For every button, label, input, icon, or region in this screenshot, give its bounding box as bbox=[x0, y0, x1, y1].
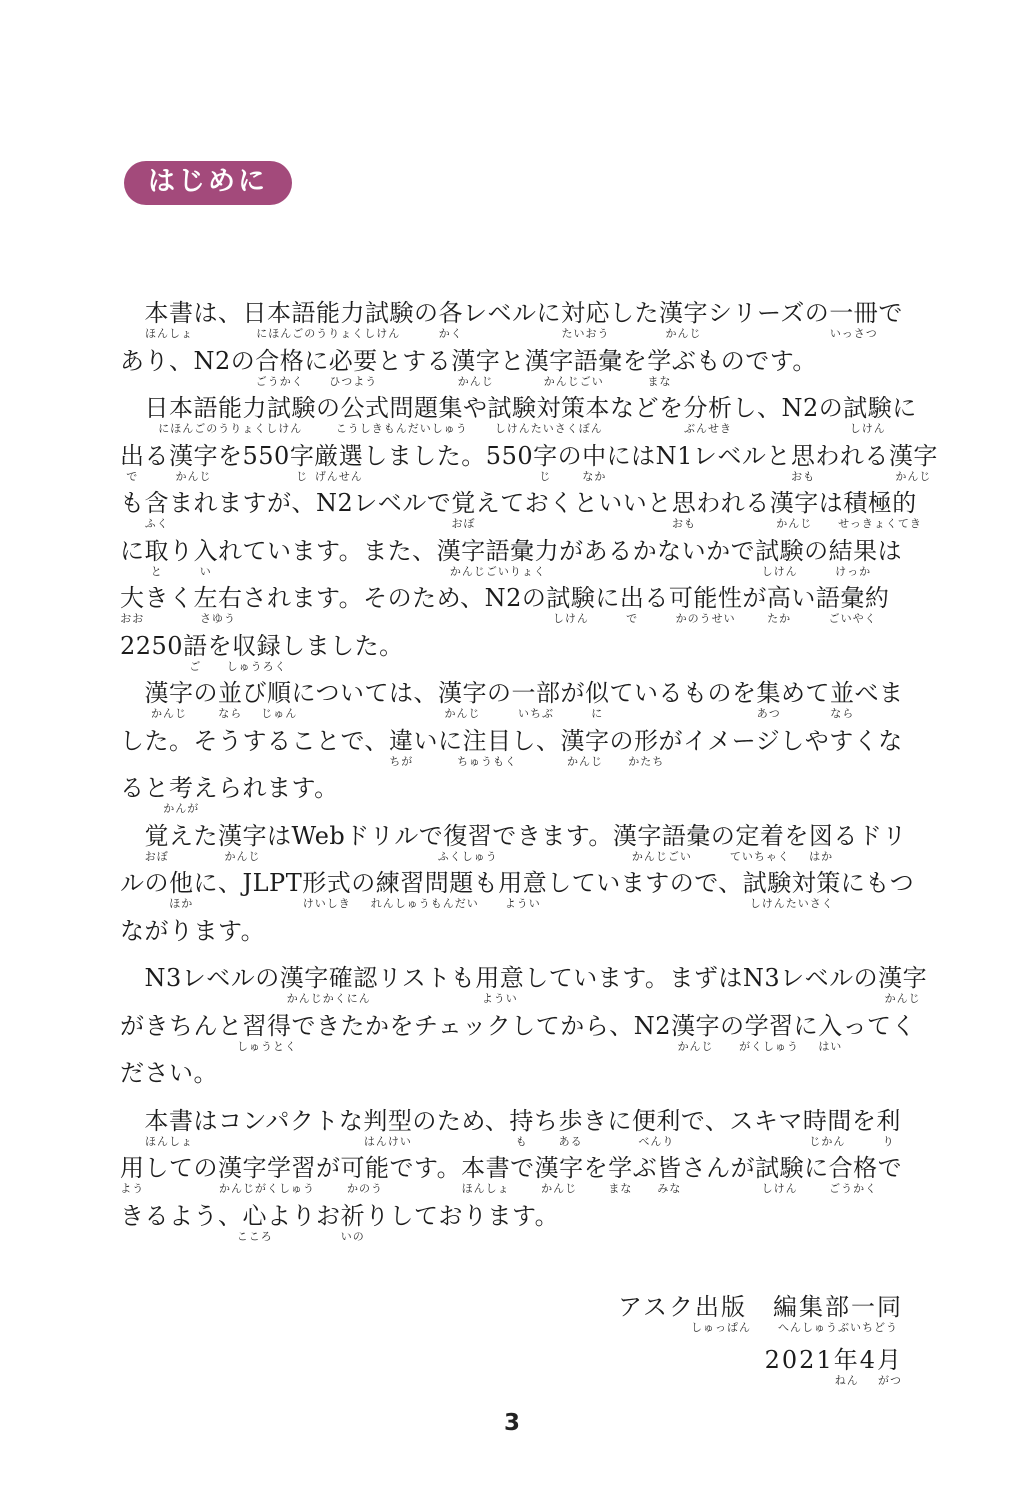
furigana: まな bbox=[648, 376, 672, 387]
text-line: きるよう、心こころよりお祈いのりしております。 bbox=[120, 1200, 910, 1248]
text-segment: 図はか bbox=[809, 820, 834, 852]
furigana: かんじごい bbox=[544, 376, 604, 387]
base-text: しての bbox=[145, 1154, 219, 1182]
text-segment: 似に bbox=[585, 677, 610, 709]
base-text: ながります。 bbox=[120, 917, 265, 945]
furigana: おも bbox=[791, 471, 815, 482]
text-segment: 高たか bbox=[767, 582, 792, 614]
base-text: りしております。 bbox=[365, 1202, 559, 1230]
text-segment: に bbox=[804, 1152, 829, 1184]
text-segment: 他ほか bbox=[169, 867, 194, 899]
base-text: に bbox=[120, 537, 145, 565]
furigana: ようい bbox=[505, 898, 541, 909]
text-line: ながります。 bbox=[120, 915, 910, 963]
base-text: 形式 bbox=[302, 869, 351, 897]
furigana: へんしゅうぶいちどう bbox=[778, 1322, 898, 1333]
text-segment: いに bbox=[414, 725, 463, 757]
furigana: じ bbox=[296, 471, 308, 482]
text-segment: の bbox=[720, 1010, 745, 1042]
text-segment: 時間じかん bbox=[803, 1105, 852, 1137]
furigana: かんが bbox=[163, 803, 199, 814]
base-text: ださい。 bbox=[120, 1059, 218, 1087]
text-segment: 試験しけん bbox=[546, 582, 595, 614]
text-segment: の bbox=[804, 535, 829, 567]
text-segment: ぶ bbox=[633, 1152, 658, 1184]
text-segment: で bbox=[878, 1152, 903, 1184]
text-segment: 覚おぼ bbox=[451, 487, 476, 519]
base-text: えておくといいと bbox=[476, 489, 672, 517]
base-text: 漢字 bbox=[438, 679, 487, 707]
text-segment: に bbox=[595, 582, 620, 614]
text-line: がきちんと習得しゅうとくできたかをチェックしてから、N2漢字かんじの学習がくしゅ… bbox=[120, 1010, 910, 1058]
base-text: 収録 bbox=[232, 632, 281, 660]
base-text: ているものを bbox=[610, 679, 757, 707]
text-segment: 習得しゅうとく bbox=[243, 1010, 292, 1042]
furigana: なか bbox=[582, 471, 606, 482]
text-segment: の bbox=[487, 677, 512, 709]
text-segment: も bbox=[474, 867, 499, 899]
base-text: 利 bbox=[876, 1107, 901, 1135]
base-text: を bbox=[584, 1154, 609, 1182]
base-text: がきちんと bbox=[120, 1012, 243, 1040]
text-segment: で bbox=[510, 1152, 535, 1184]
furigana: けっか bbox=[835, 566, 871, 577]
base-text: 漢字 bbox=[561, 727, 610, 755]
text-segment: 出で bbox=[120, 440, 145, 472]
text-segment: 持も bbox=[509, 1105, 534, 1137]
base-text: を bbox=[784, 822, 809, 850]
base-text: 漢字 bbox=[659, 299, 708, 327]
base-text: 判型 bbox=[363, 1107, 412, 1135]
base-text: 並 bbox=[830, 679, 855, 707]
base-text: 中 bbox=[582, 442, 607, 470]
text-segment: 一冊いっさつ bbox=[829, 297, 878, 329]
base-text: 便利 bbox=[632, 1107, 681, 1135]
base-text: が bbox=[316, 1154, 341, 1182]
base-text: 用 bbox=[120, 1154, 145, 1182]
base-text: アスク bbox=[618, 1293, 695, 1321]
base-text: 習得 bbox=[243, 1012, 292, 1040]
text-segment: きに bbox=[583, 1105, 632, 1137]
text-segment: 漢字かんじ bbox=[878, 962, 927, 994]
text-segment: 集あつ bbox=[757, 677, 782, 709]
text-segment: まれますが、N2レベルで bbox=[169, 487, 451, 519]
base-text: の bbox=[316, 394, 341, 422]
furigana: おも bbox=[672, 518, 696, 529]
text-line: ルの他ほかに、JLPT形式けいしきの練習問題れんしゅうもんだいも用意よういしてい… bbox=[120, 867, 910, 915]
base-text: 違 bbox=[389, 727, 414, 755]
text-segment: しています。まずはN3レベルの bbox=[524, 962, 878, 994]
furigana: たか bbox=[767, 613, 791, 624]
text-segment: 合格ごうかく bbox=[829, 1152, 878, 1184]
base-text: ち bbox=[534, 1107, 559, 1135]
text-segment: の bbox=[558, 440, 583, 472]
text-segment: ださい。 bbox=[120, 1057, 218, 1089]
base-text: も bbox=[120, 489, 145, 517]
base-text: よりお bbox=[267, 1202, 341, 1230]
text-segment: 中なか bbox=[582, 440, 607, 472]
furigana: ようい bbox=[482, 993, 518, 1004]
text-segment: 漢字学習かんじがくしゅう bbox=[218, 1152, 316, 1184]
base-text: 漢字 bbox=[770, 489, 819, 517]
furigana: おお bbox=[120, 613, 144, 624]
furigana: しけん bbox=[762, 1183, 798, 1194]
base-text: 年 bbox=[834, 1346, 860, 1374]
base-text: で bbox=[510, 1154, 535, 1182]
text-line: した。そうすることで、違ちがいに注目ちゅうもくし、漢字かんじの形かたちがイメージ… bbox=[120, 725, 910, 773]
base-text: 試験 bbox=[755, 1154, 804, 1182]
furigana: じかん bbox=[809, 1136, 845, 1147]
text-segment: 出版しゅっぱん bbox=[695, 1291, 747, 1323]
text-segment: を bbox=[584, 1152, 609, 1184]
base-text: 覚 bbox=[451, 489, 476, 517]
base-text: 出版 bbox=[695, 1293, 747, 1321]
text-segment: 漢字かんじ bbox=[169, 440, 218, 472]
base-text: とする bbox=[378, 347, 452, 375]
text-segment: 日本語能力試験にほんごのうりょくしけん bbox=[145, 392, 317, 424]
base-text: 漢字 bbox=[451, 347, 500, 375]
text-segment: の bbox=[711, 820, 736, 852]
base-text: 漢字 bbox=[889, 442, 938, 470]
base-text: ぶ bbox=[633, 1154, 658, 1182]
text-segment: で bbox=[878, 297, 903, 329]
text-segment: 一部いちぶ bbox=[512, 677, 561, 709]
text-segment: で、スキマ bbox=[681, 1105, 803, 1137]
text-segment: を bbox=[623, 345, 648, 377]
base-text: 順 bbox=[267, 679, 292, 707]
text-segment: よりお bbox=[267, 1200, 341, 1232]
base-text: 学 bbox=[647, 347, 672, 375]
text-segment: があるかないかで bbox=[559, 535, 755, 567]
text-segment: レベルに bbox=[463, 297, 561, 329]
base-text: 漢字 bbox=[145, 679, 194, 707]
furigana: ごうかく bbox=[256, 376, 304, 387]
base-text: を bbox=[623, 347, 648, 375]
furigana: かんじがくしゅう bbox=[219, 1183, 315, 1194]
base-text: で、スキマ bbox=[681, 1107, 803, 1135]
text-segment: アスク bbox=[618, 1291, 695, 1323]
text-line: に取とり入いれています。また、漢字語彙力かんじごいりょくがあるかないかで試験しけ… bbox=[120, 535, 910, 583]
text-line: 2021年ねん4月がつ bbox=[618, 1344, 903, 1397]
base-text: 本書 bbox=[145, 1107, 194, 1135]
text-segment: を550 bbox=[218, 440, 290, 472]
furigana: じ bbox=[539, 471, 551, 482]
furigana: かく bbox=[439, 328, 463, 339]
text-segment: が bbox=[742, 582, 767, 614]
text-segment: を bbox=[852, 1105, 877, 1137]
text-line: 大おおきく左右さゆうされます。そのため、N2の試験しけんに出でる可能性かのうせい… bbox=[120, 582, 910, 630]
text-segment: ぶものです。 bbox=[672, 345, 817, 377]
base-text: 皆 bbox=[657, 1154, 682, 1182]
text-line: ると考かんがえられます。 bbox=[120, 772, 910, 820]
furigana: さゆう bbox=[200, 613, 236, 624]
base-text: 持 bbox=[509, 1107, 534, 1135]
base-text: に bbox=[304, 347, 329, 375]
text-segment: れています。また、 bbox=[218, 535, 437, 567]
base-text: などを bbox=[610, 394, 684, 422]
furigana: も bbox=[516, 1136, 528, 1147]
base-text: も bbox=[474, 869, 499, 897]
furigana: ごいやく bbox=[829, 613, 877, 624]
text-segment: はWebドリルで bbox=[267, 820, 443, 852]
base-text: い bbox=[791, 584, 816, 612]
base-text: は bbox=[878, 537, 903, 565]
furigana: こうしきもんだいしゅう bbox=[336, 423, 468, 434]
text-segment: えられます。 bbox=[194, 772, 339, 804]
base-text: に、JLPT bbox=[194, 869, 303, 897]
text-line: N3レベルの漢字確認かんじかくにんリストも用意よういしています。まずはN3レベル… bbox=[120, 962, 910, 1010]
base-text: 漢字 bbox=[218, 822, 267, 850]
base-text: 試験 bbox=[843, 394, 892, 422]
text-segment: リストも bbox=[378, 962, 476, 994]
furigana: ぶんせき bbox=[684, 423, 732, 434]
base-text: 漢字語彙 bbox=[613, 822, 711, 850]
text-segment: 収録しゅうろく bbox=[232, 630, 281, 662]
furigana: しゅうろく bbox=[227, 661, 287, 672]
text-segment: の bbox=[610, 725, 635, 757]
text-segment: えた bbox=[169, 820, 218, 852]
base-text: 合格 bbox=[255, 347, 304, 375]
base-text: の bbox=[711, 822, 736, 850]
furigana: れんしゅうもんだい bbox=[371, 898, 479, 909]
base-text: 結果 bbox=[829, 537, 878, 565]
furigana: げんせん bbox=[315, 471, 363, 482]
text-segment: 漢字語彙力かんじごいりょく bbox=[437, 535, 560, 567]
base-text: については、 bbox=[292, 679, 439, 707]
text-segment: ルの bbox=[120, 867, 169, 899]
text-segment: 試験しけん bbox=[843, 392, 892, 424]
base-text: 入 bbox=[194, 537, 219, 565]
base-text: 覚 bbox=[145, 822, 170, 850]
text-segment: 漢字語彙かんじごい bbox=[525, 345, 623, 377]
base-text: び bbox=[243, 679, 268, 707]
base-text: 練習問題 bbox=[376, 869, 474, 897]
base-text: しました。 bbox=[281, 632, 404, 660]
text-segment: 結果けっか bbox=[829, 535, 878, 567]
base-text: きく bbox=[145, 584, 194, 612]
furigana: かんじ bbox=[776, 518, 812, 529]
furigana: い bbox=[200, 566, 212, 577]
base-text: にもつ bbox=[841, 869, 915, 897]
text-segment: 日本語能力試験にほんごのうりょくしけん bbox=[243, 297, 415, 329]
base-text: 公式問題集 bbox=[341, 394, 464, 422]
text-segment: などを bbox=[610, 392, 684, 424]
text-segment: されます。そのため、N2の bbox=[243, 582, 547, 614]
text-segment: N3レベルの bbox=[120, 962, 280, 994]
text-segment: び bbox=[243, 677, 268, 709]
text-segment: 字じ bbox=[533, 440, 558, 472]
base-text: 含 bbox=[145, 489, 170, 517]
text-segment bbox=[120, 392, 145, 424]
text-segment: 注目ちゅうもく bbox=[463, 725, 512, 757]
base-text: えた bbox=[169, 822, 218, 850]
base-text: 対応 bbox=[561, 299, 610, 327]
text-segment: 形式けいしき bbox=[302, 867, 351, 899]
base-text: の bbox=[194, 679, 219, 707]
base-text: に bbox=[892, 394, 917, 422]
furigana: けいしき bbox=[303, 898, 351, 909]
text-segment: は bbox=[819, 487, 844, 519]
furigana: しけん bbox=[553, 613, 589, 624]
section-heading-badge: はじめに bbox=[124, 161, 292, 205]
furigana: しけんたいさく bbox=[750, 898, 834, 909]
furigana: まな bbox=[608, 1183, 632, 1194]
furigana: かんじ bbox=[885, 993, 921, 1004]
text-segment: が bbox=[316, 1152, 341, 1184]
text-segment: 漢字かんじ bbox=[535, 1152, 584, 1184]
base-text: 月 bbox=[877, 1346, 903, 1374]
text-segment: 並なら bbox=[830, 677, 855, 709]
text-segment: 便利べんり bbox=[632, 1105, 681, 1137]
base-text: は bbox=[819, 489, 844, 517]
base-text: 心 bbox=[243, 1202, 268, 1230]
text-segment: 各かく bbox=[439, 297, 464, 329]
text-segment: がきちんと bbox=[120, 1010, 243, 1042]
base-text: はコンパクトな bbox=[194, 1107, 364, 1135]
base-text: し、 bbox=[512, 727, 561, 755]
furigana: しけん bbox=[762, 566, 798, 577]
base-text: きるよう、 bbox=[120, 1202, 243, 1230]
signature-block: アスク出版しゅっぱん 編集部一同へんしゅうぶいちどう2021年ねん4月がつ bbox=[618, 1291, 903, 1397]
furigana: がつ bbox=[878, 1375, 902, 1386]
text-segment: べま bbox=[855, 677, 904, 709]
base-text: る bbox=[145, 442, 170, 470]
base-text: を bbox=[208, 632, 233, 660]
text-segment: できたかをチェックしてから、N2 bbox=[292, 1010, 672, 1042]
furigana: しゅうとく bbox=[237, 1041, 297, 1052]
base-text: 漢字語彙力 bbox=[437, 537, 560, 565]
text-segment: ているものを bbox=[610, 677, 757, 709]
furigana: いっさつ bbox=[830, 328, 878, 339]
base-text: が bbox=[742, 584, 767, 612]
base-text: や bbox=[463, 394, 488, 422]
furigana: ほか bbox=[169, 898, 193, 909]
text-segment: です。 bbox=[390, 1152, 462, 1184]
base-text: 出 bbox=[120, 442, 145, 470]
text-line: 本書ほんしょはコンパクトな判型はんけいのため、持もち歩あるきに便利べんりで、スキ… bbox=[120, 1105, 910, 1153]
text-segment: 定着ていちゃく bbox=[735, 820, 784, 852]
base-text bbox=[120, 822, 145, 850]
base-text: しました。550 bbox=[363, 442, 533, 470]
furigana: にほんごのうりょくしけん bbox=[256, 328, 400, 339]
furigana: に bbox=[591, 708, 603, 719]
base-text: 高 bbox=[767, 584, 792, 612]
furigana: り bbox=[883, 1136, 895, 1147]
furigana: ある bbox=[559, 1136, 583, 1147]
text-segment: も bbox=[120, 487, 145, 519]
text-segment: われる bbox=[696, 487, 770, 519]
base-text: 試験 bbox=[755, 537, 804, 565]
base-text: 漢字 bbox=[878, 964, 927, 992]
text-segment: 可能性かのうせい bbox=[669, 582, 743, 614]
furigana: かんじごい bbox=[632, 851, 692, 862]
base-text: 入 bbox=[818, 1012, 843, 1040]
text-segment: を bbox=[784, 820, 809, 852]
furigana: しけんたいさくぼん bbox=[495, 423, 603, 434]
text-line: 出でる漢字かんじを550字じ厳選げんせんしました。550字じの中なかにはN1レベ… bbox=[120, 440, 910, 488]
base-text: えられます。 bbox=[194, 774, 339, 802]
text-segment: ち bbox=[534, 1105, 559, 1137]
base-text: 字 bbox=[533, 442, 558, 470]
base-text: 可能性 bbox=[669, 584, 743, 612]
text-segment bbox=[120, 820, 145, 852]
base-text bbox=[120, 1107, 145, 1135]
furigana: にほんごのうりょくしけん bbox=[158, 423, 302, 434]
base-text: るドリ bbox=[833, 822, 907, 850]
text-segment: 漢字かんじ bbox=[659, 297, 708, 329]
page-number: 3 bbox=[0, 1410, 1024, 1436]
text-segment: 歩ある bbox=[558, 1105, 583, 1137]
text-segment: に bbox=[304, 345, 329, 377]
text-segment: できます。 bbox=[492, 820, 613, 852]
furigana: べんり bbox=[638, 1136, 674, 1147]
text-segment: り bbox=[169, 535, 194, 567]
text-segment: 漢字かんじ bbox=[671, 1010, 720, 1042]
base-text: 分析 bbox=[684, 394, 733, 422]
base-text: できたかをチェックしてから、N2 bbox=[292, 1012, 672, 1040]
base-text: 左右 bbox=[194, 584, 243, 612]
base-text: ってく bbox=[843, 1012, 917, 1040]
text-segment: 出で bbox=[620, 582, 645, 614]
base-text: 編集部一同 bbox=[773, 1293, 903, 1321]
base-text: シリーズの bbox=[708, 299, 829, 327]
text-segment: 可能かのう bbox=[341, 1152, 390, 1184]
base-text: の bbox=[720, 1012, 745, 1040]
furigana: しゅっぱん bbox=[691, 1322, 751, 1333]
text-segment: はコンパクトな bbox=[194, 1105, 364, 1137]
text-segment: や bbox=[463, 392, 488, 424]
furigana: かたち bbox=[628, 756, 664, 767]
base-text: の bbox=[558, 442, 583, 470]
base-text: はWebドリルで bbox=[267, 822, 443, 850]
base-text: 出 bbox=[620, 584, 645, 612]
furigana: かんじかくにん bbox=[287, 993, 371, 1004]
furigana: あつ bbox=[757, 708, 781, 719]
furigana: ふくしゅう bbox=[438, 851, 498, 862]
furigana: たいおう bbox=[562, 328, 610, 339]
base-text: の bbox=[804, 537, 829, 565]
text-segment: ると bbox=[120, 772, 169, 804]
text-segment: とする bbox=[378, 345, 452, 377]
text-line: 日本語能力試験にほんごのうりょくしけんの公式問題集こうしきもんだいしゅうや試験対… bbox=[120, 392, 910, 440]
text-segment: 取と bbox=[145, 535, 170, 567]
base-text: 可能 bbox=[341, 1154, 390, 1182]
text-segment: 覚おぼ bbox=[145, 820, 170, 852]
base-text: に bbox=[804, 1154, 829, 1182]
base-text: 学習 bbox=[745, 1012, 794, 1040]
base-text: 他 bbox=[169, 869, 194, 897]
text-segment: 入い bbox=[194, 535, 219, 567]
text-line: も含ふくまれますが、N2レベルで覚おぼえておくといいと思おもわれる漢字かんじは積… bbox=[120, 487, 910, 535]
text-segment: きく bbox=[145, 582, 194, 614]
furigana: かんじ bbox=[895, 471, 931, 482]
text-segment: 左右さゆう bbox=[194, 582, 243, 614]
base-text: われる bbox=[815, 442, 889, 470]
text-segment: さんが bbox=[682, 1152, 756, 1184]
text-line: 本書ほんしょは、日本語能力試験にほんごのうりょくしけんの各かくレベルに対応たいお… bbox=[120, 297, 910, 345]
text-segment bbox=[120, 297, 145, 329]
furigana: ごうかく bbox=[829, 1183, 877, 1194]
text-segment: えておくといいと bbox=[476, 487, 672, 519]
base-text: の bbox=[487, 679, 512, 707]
base-text: 漢字確認 bbox=[280, 964, 378, 992]
furigana: ちゅうもく bbox=[457, 756, 517, 767]
base-text: 漢字 bbox=[671, 1012, 720, 1040]
text-segment: めて bbox=[781, 677, 830, 709]
furigana: かんじごいりょく bbox=[450, 566, 546, 577]
base-text: N3レベルの bbox=[120, 964, 280, 992]
base-text: に bbox=[794, 1012, 819, 1040]
